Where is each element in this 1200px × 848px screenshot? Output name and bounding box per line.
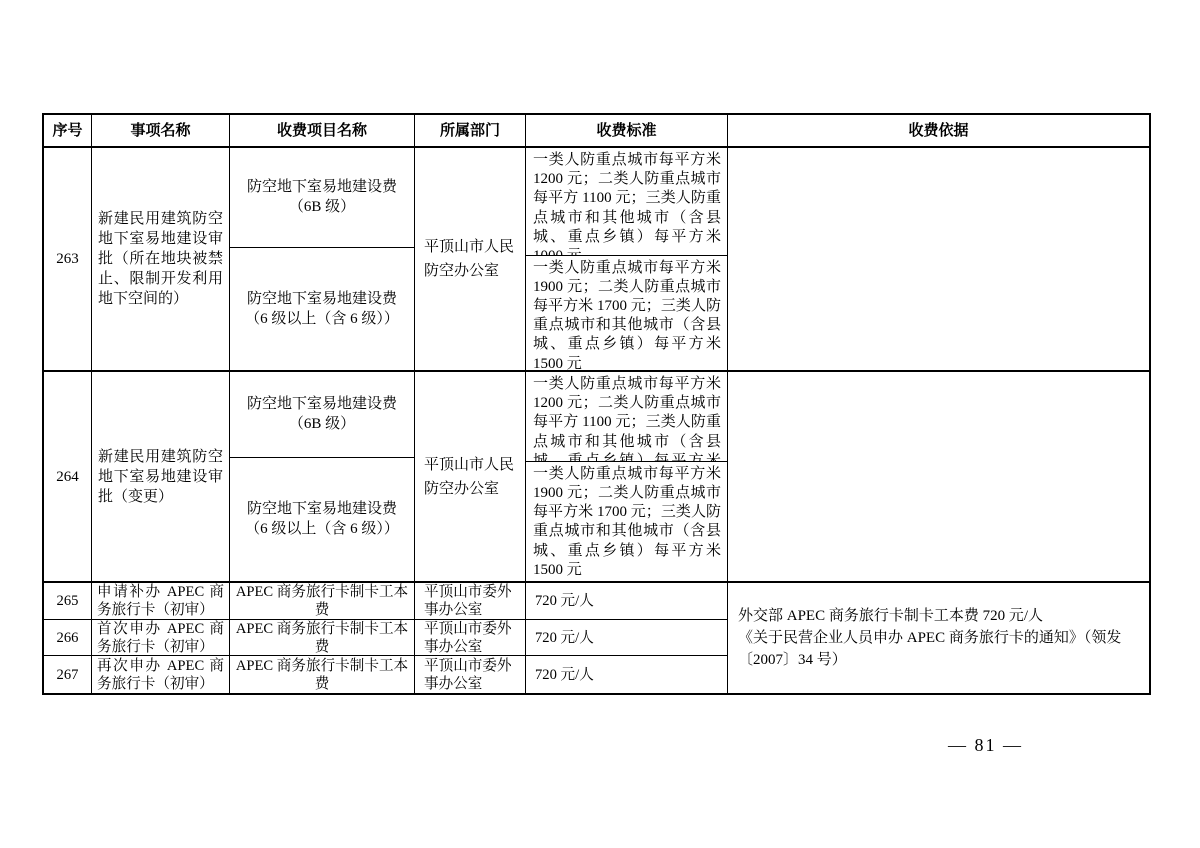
row-264-department: 平顶山市人民防空办公室 [415, 372, 526, 583]
row-264-fee-item-2: 防空地下室易地建设费（6 级以上（含 6 级）） [230, 458, 414, 581]
header-cell-item-name: 事项名称 [92, 115, 230, 148]
row-264-no: 264 [44, 372, 92, 583]
header-cell-fee-item-name: 收费项目名称 [230, 115, 415, 148]
row-263-no: 263 [44, 148, 92, 372]
row-264-fee-items: 防空地下室易地建设费（6B 级） 防空地下室易地建设费（6 级以上（含 6 级）… [230, 372, 415, 583]
row-263-standard-1: 一类人防重点城市每平方米 1200 元；二类人防重点城市每平方 1100 元；三… [526, 148, 727, 256]
row-263-department: 平顶山市人民防空办公室 [415, 148, 526, 372]
row-263-fee-item-1: 防空地下室易地建设费（6B 级） [230, 148, 414, 248]
header-cell-fee-standard: 收费标准 [526, 115, 728, 148]
row-263-fee-standards: 一类人防重点城市每平方米 1200 元；二类人防重点城市每平方 1100 元；三… [526, 148, 728, 372]
row-266-no: 266 [44, 620, 92, 656]
row-263-fee-basis [728, 148, 1149, 372]
header-cell-no: 序号 [44, 115, 92, 148]
row-267-fee-standard: 720 元/人 [526, 656, 728, 693]
fee-basis-merged: 外交部 APEC 商务旅行卡制卡工本费 720 元/人 《关于民营企业人员申办 … [728, 583, 1149, 693]
row-265-fee-item: APEC 商务旅行卡制卡工本费 [230, 583, 415, 620]
row-265-department: 平顶山市委外事办公室 [415, 583, 526, 620]
row-266-department: 平顶山市委外事办公室 [415, 620, 526, 656]
row-263-item-name: 新建民用建筑防空地下室易地建设审批（所在地块被禁止、限制开发利用地下空间的） [92, 148, 230, 372]
row-264-standard-2: 一类人防重点城市每平方米 1900 元；二类人防重点城市每平方米 1700 元；… [526, 462, 727, 581]
row-266-item-name: 首次申办 APEC 商务旅行卡（初审） [92, 620, 230, 656]
document-page: 序号 事项名称 收费项目名称 所属部门 收费标准 收费依据 263 新建民用建筑… [0, 0, 1200, 848]
row-266-fee-standard: 720 元/人 [526, 620, 728, 656]
row-267-item-name: 再次申办 APEC 商务旅行卡（初审） [92, 656, 230, 693]
row-263-fee-items: 防空地下室易地建设费（6B 级） 防空地下室易地建设费（6 级以上（含 6 级）… [230, 148, 415, 372]
header-cell-fee-basis: 收费依据 [728, 115, 1149, 148]
row-265-fee-standard: 720 元/人 [526, 583, 728, 620]
row-264-fee-basis [728, 372, 1149, 583]
row-266-fee-item: APEC 商务旅行卡制卡工本费 [230, 620, 415, 656]
row-263-standard-2: 一类人防重点城市每平方米 1900 元；二类人防重点城市每平方米 1700 元；… [526, 256, 727, 370]
row-264-standard-1: 一类人防重点城市每平方米 1200 元；二类人防重点城市每平方 1100 元；三… [526, 372, 727, 462]
row-267-fee-item: APEC 商务旅行卡制卡工本费 [230, 656, 415, 693]
row-264-fee-standards: 一类人防重点城市每平方米 1200 元；二类人防重点城市每平方 1100 元；三… [526, 372, 728, 583]
row-267-department: 平顶山市委外事办公室 [415, 656, 526, 693]
row-263-fee-item-2: 防空地下室易地建设费（6 级以上（含 6 级）） [230, 248, 414, 370]
row-265-item-name: 申请补办 APEC 商务旅行卡（初审） [92, 583, 230, 620]
header-cell-department: 所属部门 [415, 115, 526, 148]
row-265-no: 265 [44, 583, 92, 620]
row-264-item-name: 新建民用建筑防空地下室易地建设审批（变更） [92, 372, 230, 583]
page-number: — 81 — [948, 735, 1023, 756]
row-267-no: 267 [44, 656, 92, 693]
row-264-fee-item-1: 防空地下室易地建设费（6B 级） [230, 372, 414, 458]
fee-schedule-table: 序号 事项名称 收费项目名称 所属部门 收费标准 收费依据 263 新建民用建筑… [42, 113, 1151, 695]
